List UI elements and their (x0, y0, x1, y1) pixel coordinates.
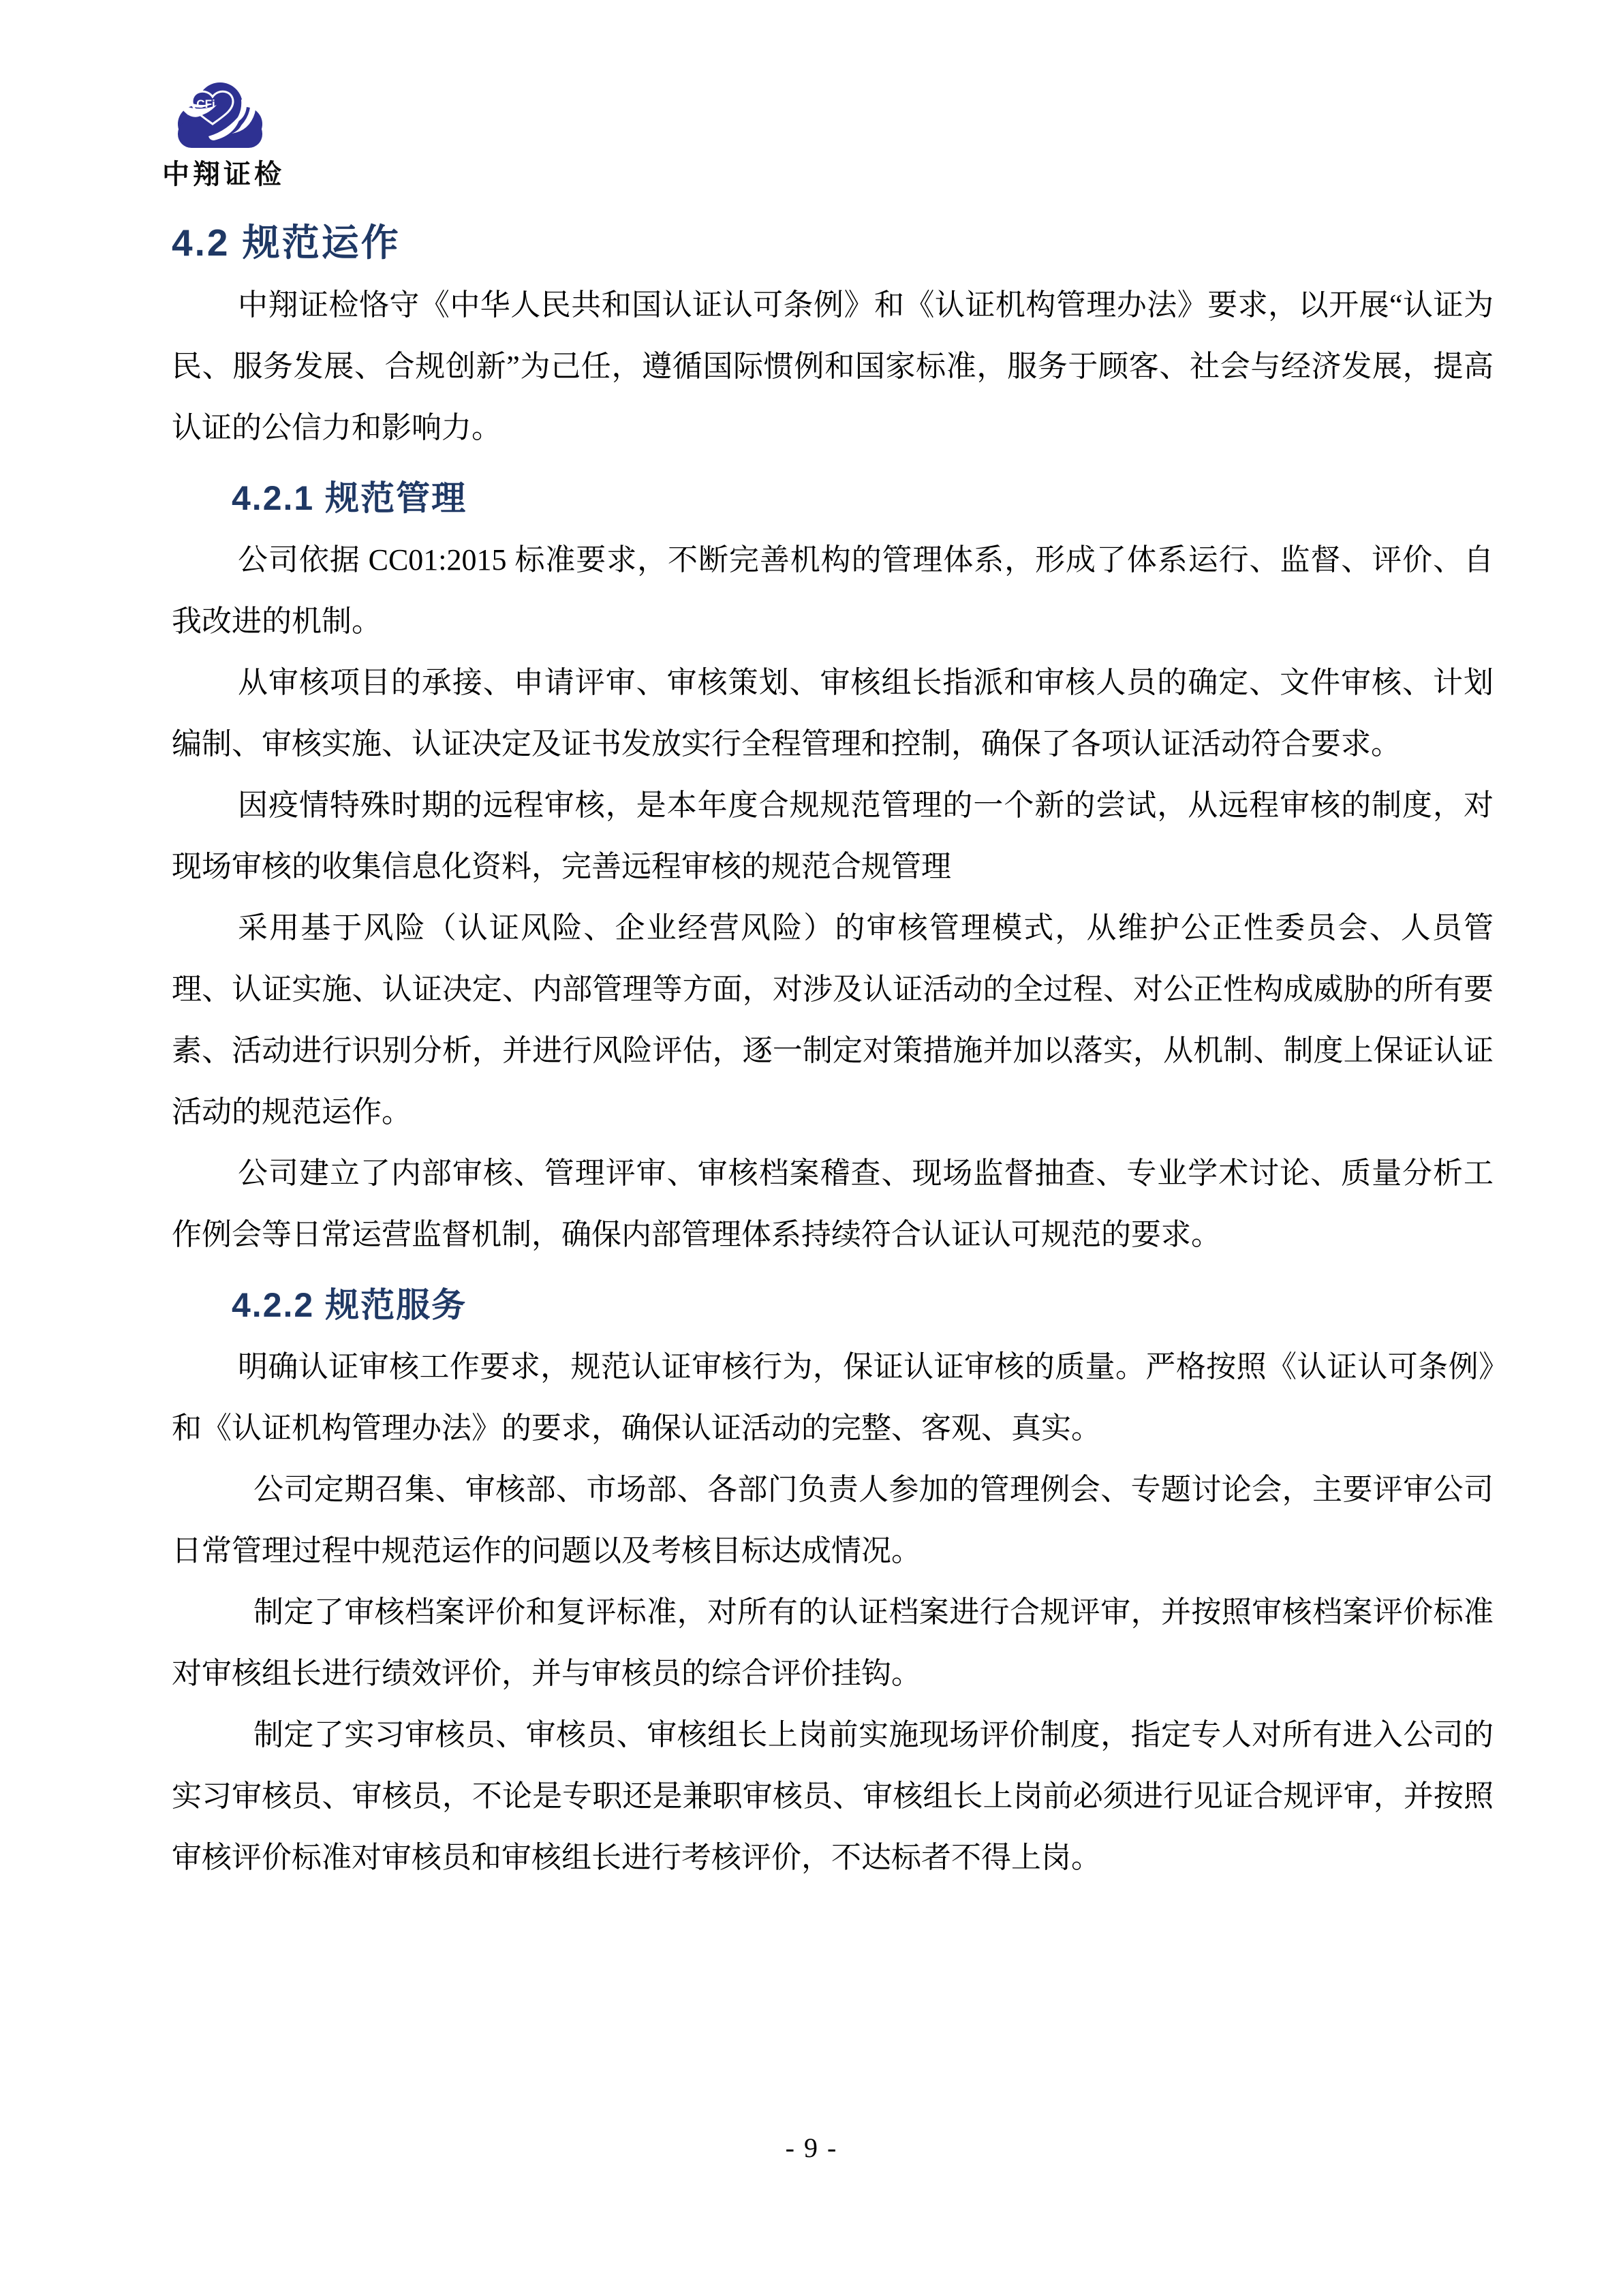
company-logo: CFi 中翔证检 (162, 79, 305, 192)
paragraph-management-3: 因疫情特殊时期的远程审核，是本年度合规规范管理的一个新的尝试，从远程审核的制度，… (172, 775, 1494, 898)
page-number: - 9 - (0, 2132, 1623, 2164)
cloud-wing-logo-icon: CFi (170, 79, 270, 150)
paragraph-intro: 中翔证检恪守《中华人民共和国认证认可条例》和《认证机构管理办法》要求，以开展“认… (172, 275, 1494, 459)
subsection-heading-4-2-2: 4.2.2 规范服务 (172, 1281, 1494, 1330)
paragraph-management-1: 公司依据 CC01:2015 标准要求，不断完善机构的管理体系，形成了体系运行、… (172, 530, 1494, 652)
section-heading-4-2: 4.2 规范运作 (172, 220, 1494, 265)
paragraph-service-3: 制定了审核档案评价和复评标准，对所有的认证档案进行合规评审，并按照审核档案评价标… (172, 1582, 1494, 1704)
document-page: CFi 中翔证检 4.2 规范运作 中翔证检恪守《中华人民共和国认证认可条例》和… (0, 0, 1623, 2296)
paragraph-management-4: 采用基于风险（认证风险、企业经营风险）的审核管理模式，从维护公正性委员会、人员管… (172, 898, 1494, 1143)
paragraph-service-4: 制定了实习审核员、审核员、审核组长上岗前实施现场评价制度，指定专人对所有进入公司… (172, 1704, 1494, 1888)
paragraph-management-5: 公司建立了内部审核、管理评审、审核档案稽查、现场监督抽查、专业学术讨论、质量分析… (172, 1143, 1494, 1266)
company-logo-text: 中翔证检 (162, 153, 305, 192)
paragraph-service-1: 明确认证审核工作要求，规范认证审核行为，保证认证审核的质量。严格按照《认证认可条… (172, 1336, 1494, 1459)
page-content: CFi 中翔证检 4.2 规范运作 中翔证检恪守《中华人民共和国认证认可条例》和… (172, 0, 1494, 1888)
svg-text:CFi: CFi (196, 97, 215, 110)
subsection-heading-4-2-1: 4.2.1 规范管理 (172, 474, 1494, 523)
paragraph-service-2: 公司定期召集、审核部、市场部、各部门负责人参加的管理例会、专题讨论会，主要评审公… (172, 1459, 1494, 1582)
paragraph-management-2: 从审核项目的承接、申请评审、审核策划、审核组长指派和审核人员的确定、文件审核、计… (172, 652, 1494, 775)
